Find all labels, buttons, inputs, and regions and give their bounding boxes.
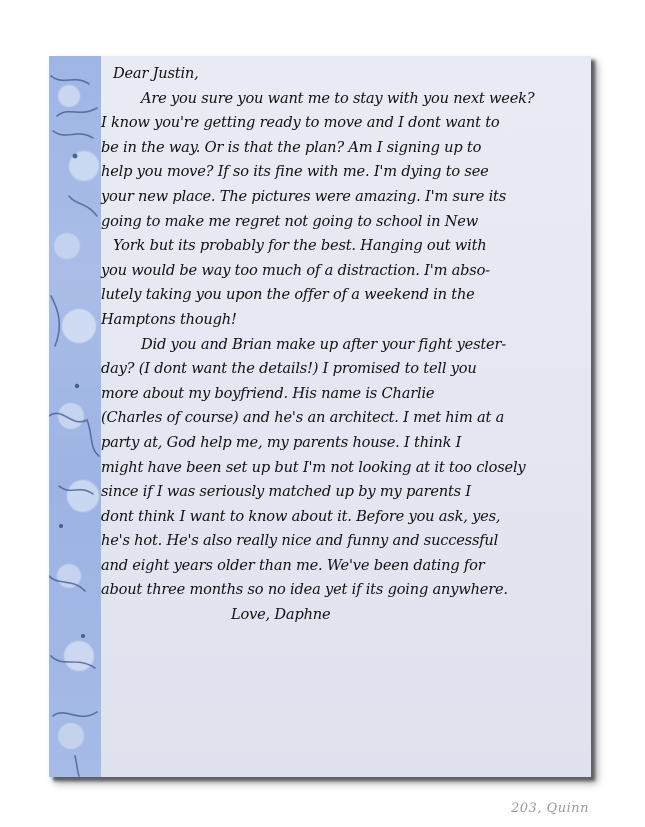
letter-line: be in the way. Or is that the plan? Am I…	[101, 136, 591, 161]
letter-line: (Charles of course) and he's an architec…	[101, 406, 591, 431]
letter-line: about three months so no idea yet if its…	[101, 578, 591, 603]
floral-pattern-icon	[49, 56, 101, 777]
letter-line: dont think I want to know about it. Befo…	[101, 505, 591, 530]
letter-line: going to make me regret not going to sch…	[101, 210, 591, 235]
letter-line: day? (I dont want the details!) I promis…	[101, 357, 591, 382]
letter-line: York but its probably for the best. Hang…	[101, 234, 591, 259]
letter-line: Did you and Brian make up after your fig…	[101, 333, 591, 358]
letter-line: party at, God help me, my parents house.…	[101, 431, 591, 456]
letter-line: Are you sure you want me to stay with yo…	[101, 87, 591, 112]
letter-line: might have been set up but I'm not looki…	[101, 456, 591, 481]
letter-line: more about my boyfriend. His name is Cha…	[101, 382, 591, 407]
letter-line: help you move? If so its fine with me. I…	[101, 160, 591, 185]
letter-line: you would be way too much of a distracti…	[101, 259, 591, 284]
letter-line: since if I was seriously matched up by m…	[101, 480, 591, 505]
letter-line: I know you're getting ready to move and …	[101, 111, 591, 136]
letter-line: he's hot. He's also really nice and funn…	[101, 529, 591, 554]
artist-credit: 203, Quinn	[511, 801, 589, 816]
letter-line: Hamptons though!	[101, 308, 591, 333]
letter-line: and eight years older than me. We've bee…	[101, 554, 591, 579]
letter-paper: Dear Justin, Are you sure you want me to…	[49, 56, 591, 777]
letter-line: your new place. The pictures were amazin…	[101, 185, 591, 210]
signature: Love, Daphne	[101, 603, 591, 628]
greeting: Dear Justin,	[101, 62, 591, 87]
letter-line: lutely taking you upon the offer of a we…	[101, 283, 591, 308]
letter-body: Dear Justin, Are you sure you want me to…	[101, 56, 591, 628]
floral-border	[49, 56, 101, 777]
